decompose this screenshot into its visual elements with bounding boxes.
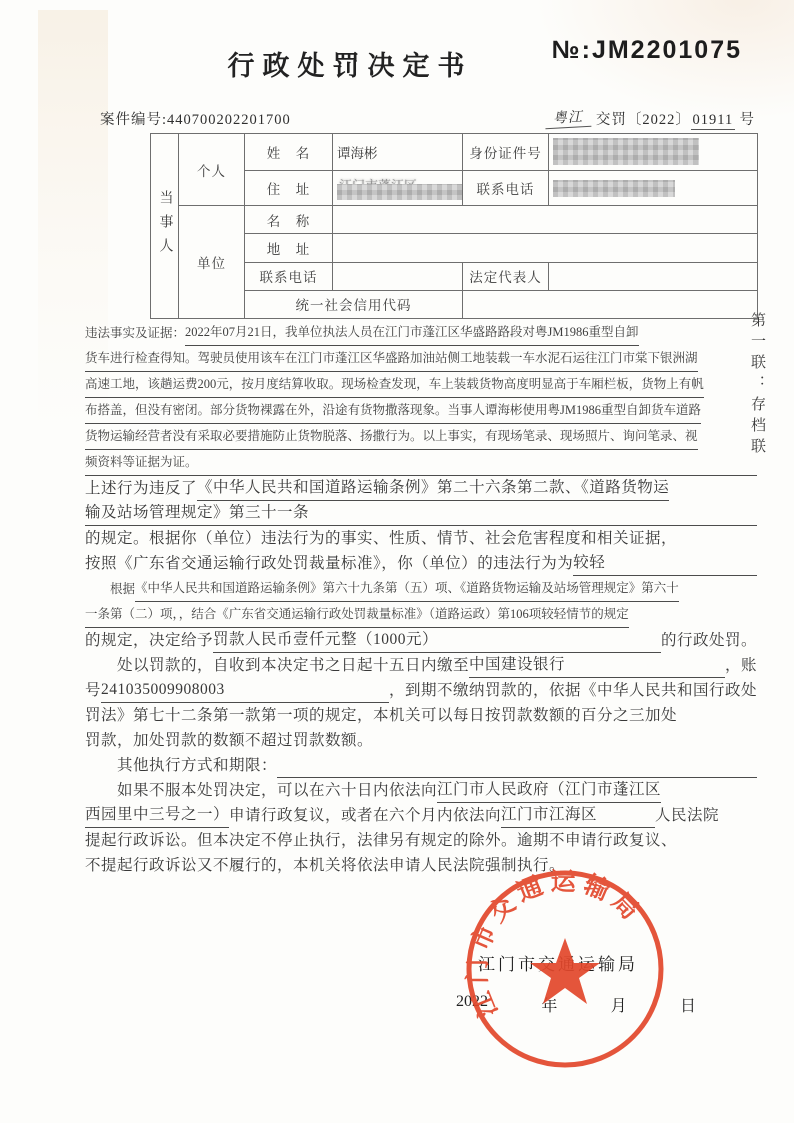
- reference-printed: 交罚〔2022〕: [596, 112, 691, 128]
- decision-paragraph: 的规定，决定给予罚款人民币壹仟元整（1000元）的行政处罚。: [85, 628, 757, 653]
- unit-phone-label: 联系电话: [245, 262, 333, 290]
- legal-rep-value: [549, 262, 758, 290]
- issuing-agency-name: 江门市交通运输局: [478, 950, 638, 975]
- table-row: 单位 名 称: [151, 206, 758, 234]
- other-execution-paragraph: 其他执行方式和期限：: [85, 753, 757, 778]
- filled-blank: 中国建设银行: [469, 652, 565, 678]
- body-line: 输及站场管理规定》第三十一条: [85, 501, 757, 526]
- form-text: 其他执行方式和期限：: [85, 753, 277, 778]
- form-text: ，账: [725, 653, 757, 678]
- id-number-label: 身份证件号: [463, 134, 549, 171]
- individual-label: 个人: [179, 134, 245, 206]
- form-text: 违法事实及证据：: [85, 320, 185, 346]
- body-line: 布搭盖，但没有密闭。部分货物裸露在外，沿途有货物撒落现象。当事人谭海彬使用粤JM…: [85, 398, 757, 424]
- copy-designation-label: 第一联：存档联: [747, 312, 768, 459]
- redacted-phone: [553, 180, 675, 197]
- legal-basis-paragraph: 根据《中华人民共和国道路运输条例》第六十九条第（五）项、《道路货物运输及站场管理…: [85, 576, 757, 628]
- scanned-document-page: №:JM2201075 行政处罚决定书 案件编号:440700202201700…: [0, 0, 794, 1123]
- document-body: 违法事实及证据：2022年07月21日，我单位执法人员在江门市蓬江区华盛路路段对…: [85, 320, 757, 878]
- filled-blank: 《中华人民共和国道路运输条例》第六十九条第（五）项、《道路货物运输及站场管理规定…: [135, 575, 679, 602]
- date-year-label: 年: [541, 993, 557, 1016]
- date-day-label: 日: [680, 993, 696, 1016]
- table-row: 当事人 个人 姓 名 谭海彬 身份证件号: [151, 134, 758, 171]
- filled-blank: 高速工地，该趟运费200元，按月度结算收取。现场检查发现，车上装载货物高度明显高…: [85, 371, 704, 398]
- body-line: 的规定。根据你（单位）违法行为的事实、性质、情节、社会危害程度和相关证据，: [85, 526, 757, 551]
- appeal-rights-paragraph: 如果不服本处罚决定，可以在六十日内依法向江门市人民政府（江门市蓬江区西园里中三号…: [85, 778, 757, 878]
- body-line: 上述行为违反了《中华人民共和国道路运输条例》第二十六条第二款、《道路货物运: [85, 476, 757, 501]
- body-line: 违法事实及证据：2022年07月21日，我单位执法人员在江门市蓬江区华盛路路段对…: [85, 320, 757, 346]
- credit-code-label: 统一社会信用代码: [245, 290, 463, 318]
- filled-blank: 频资料等证据为证。: [85, 449, 198, 476]
- body-line: 罚法》第七十二条第一款第一项的规定，本机关可以每日按罚款数额的百分之三加处: [85, 703, 757, 728]
- filled-blank: 货车进行检查得知。驾驶员使用该车在江门市蓬江区华盛路加油站侧工地装载一车水泥石运…: [85, 345, 698, 372]
- date-line: 2022 年 月 日: [456, 993, 696, 1016]
- form-text: 处以罚款的，自收到本决定书之日起十五日内缴至: [85, 653, 469, 678]
- case-number-line: 案件编号:440700202201700 粤江 交罚〔2022〕01911 号: [100, 108, 755, 130]
- form-text: 如果不服本处罚决定，可以在六十日内依法向: [85, 778, 437, 803]
- violation-paragraph: 上述行为违反了《中华人民共和国道路运输条例》第二十六条第二款、《道路货物运输及站…: [85, 476, 757, 576]
- unit-phone-value: [333, 262, 463, 290]
- case-number-label: 案件编号:: [100, 112, 167, 128]
- filled-blank: 241035009908003: [101, 677, 225, 703]
- body-line: 按照《广东省交通运输行政处罚裁量标准》，你（单位）的违法行为为较轻: [85, 551, 757, 576]
- form-text: 的规定，决定给予: [85, 628, 213, 653]
- party-info-table: 当事人 个人 姓 名 谭海彬 身份证件号 住 址 江门市蓬江区 联系电话 单位 …: [150, 133, 758, 319]
- form-text: 根据: [85, 576, 135, 602]
- filled-blank: 西园里中三号之一）: [85, 802, 229, 828]
- form-text: 上述行为违反了: [85, 476, 197, 501]
- name-value: 谭海彬: [333, 134, 463, 171]
- page-title: 行政处罚决定书: [0, 44, 700, 83]
- filled-blank: 2022年07月21日，我单位执法人员在江门市蓬江区华盛路路段对粤JM1986重…: [185, 319, 638, 346]
- body-line: 西园里中三号之一）申请行政复议，或者在六个月内依法向江门市江海区人民法院: [85, 803, 757, 828]
- reference-prefix-handwritten: 粤江: [545, 106, 592, 129]
- redacted-id-number: [553, 138, 699, 165]
- address-label: 住 址: [245, 170, 333, 206]
- legal-rep-label: 法定代表人: [463, 262, 549, 290]
- filled-blank: 《中华人民共和国道路运输条例》第二十六条第二款、《道路货物运: [197, 475, 669, 501]
- id-number-cell: [549, 134, 758, 171]
- body-line: 一条第（二）项，，结合《广东省交通运输行政处罚裁量标准》（道路运政）第106项较…: [85, 602, 757, 628]
- filled-blank: 一条第（二）项，，结合《广东省交通运输行政处罚裁量标准》（道路运政）第106项较…: [85, 601, 629, 628]
- body-line: 处以罚款的，自收到本决定书之日起十五日内缴至中国建设银行，账: [85, 653, 757, 678]
- body-line: 罚款，加处罚款的数额不超过罚款数额。: [85, 728, 757, 753]
- unit-address-label: 地 址: [245, 234, 333, 262]
- form-text: 申请行政复议，或者在六个月内依法向: [229, 803, 501, 828]
- body-line: 提起行政诉讼。但本决定不停止执行，法律另有规定的除外。逾期不申请行政复议、: [85, 828, 757, 853]
- body-line: 货物运输经营者没有采取必要措施防止货物脱落、扬撒行为。以上事实，有现场笔录、现场…: [85, 424, 757, 450]
- form-text: 人民法院: [655, 803, 719, 828]
- reference-suffix: 号: [740, 112, 756, 128]
- form-text: 的行政处罚。: [661, 628, 757, 653]
- unit-name-value: [333, 206, 758, 234]
- redacted-address: [337, 184, 463, 200]
- form-text: 号: [85, 678, 101, 703]
- filled-blank: 江门市江海区: [501, 802, 597, 828]
- reference-serial: 01911: [691, 112, 735, 130]
- filled-blank: 布搭盖，但没有密闭。部分货物裸露在外，沿途有货物撒落现象。当事人谭海彬使用粤JM…: [85, 397, 701, 424]
- body-line: 根据《中华人民共和国道路运输条例》第六十九条第（五）项、《道路货物运输及站场管理…: [85, 576, 757, 602]
- body-line: 如果不服本处罚决定，可以在六十日内依法向江门市人民政府（江门市蓬江区: [85, 778, 757, 803]
- body-line: 不提起行政诉讼又不履行的，本机关将依法申请人民法院强制执行。: [85, 853, 757, 878]
- form-text: 罚款，加处罚款的数额不超过罚款数额。: [85, 728, 373, 753]
- address-value: 江门市蓬江区: [337, 175, 458, 201]
- reference-number: 粤江 交罚〔2022〕01911 号: [545, 108, 755, 130]
- body-line: 号241035009908003，到期不缴纳罚款的，依据《中华人民共和国行政处: [85, 678, 757, 703]
- payment-paragraph: 处以罚款的，自收到本决定书之日起十五日内缴至中国建设银行，账号241035009…: [85, 653, 757, 753]
- credit-code-value: [463, 290, 758, 318]
- body-line: 货车进行检查得知。驾驶员使用该车在江门市蓬江区华盛路加油站侧工地装载一车水泥石运…: [85, 346, 757, 372]
- phone-label: 联系电话: [463, 170, 549, 206]
- case-number: 案件编号:440700202201700: [100, 108, 291, 129]
- facts-paragraph: 违法事实及证据：2022年07月21日，我单位执法人员在江门市蓬江区华盛路路段对…: [85, 320, 757, 476]
- form-text: 提起行政诉讼。但本决定不停止执行，法律另有规定的除外。逾期不申请行政复议、: [85, 828, 677, 853]
- filled-blank: 江门市人民政府（江门市蓬江区: [437, 777, 661, 803]
- filled-blank: 罚款人民币壹仟元整（1000元）: [213, 627, 438, 653]
- unit-label: 单位: [179, 206, 245, 319]
- address-cell: 江门市蓬江区: [333, 170, 463, 206]
- body-line: 其他执行方式和期限：: [85, 753, 757, 778]
- body-line: 高速工地，该趟运费200元，按月度结算收取。现场检查发现，车上装载货物高度明显高…: [85, 372, 757, 398]
- body-line: 频资料等证据为证。: [85, 450, 757, 476]
- party-group-label: 当事人: [151, 134, 179, 319]
- body-line: 的规定，决定给予罚款人民币壹仟元整（1000元）的行政处罚。: [85, 628, 757, 653]
- phone-cell: [549, 170, 758, 206]
- date-month-label: 月: [611, 993, 627, 1016]
- form-text: 不提起行政诉讼又不履行的，本机关将依法申请人民法院强制执行。: [85, 853, 565, 878]
- unit-address-value: [333, 234, 758, 262]
- form-text: ，到期不缴纳罚款的，依据《中华人民共和国行政处: [389, 678, 757, 703]
- form-text: 罚法》第七十二条第一款第一项的规定，本机关可以每日按罚款数额的百分之三加处: [85, 703, 677, 728]
- case-number-value: 440700202201700: [167, 112, 291, 128]
- filled-blank: 较轻: [573, 550, 605, 576]
- filled-blank: 输及站场管理规定》第三十一条: [85, 500, 309, 526]
- form-text: 的规定。根据你（单位）违法行为的事实、性质、情节、社会危害程度和相关证据，: [85, 526, 677, 551]
- date-year-value: 2022: [456, 993, 488, 1016]
- form-text: 按照《广东省交通运输行政处罚裁量标准》，你（单位）的违法行为为: [85, 551, 573, 576]
- filled-blank: 货物运输经营者没有采取必要措施防止货物脱落、扬撒行为。以上事实，有现场笔录、现场…: [85, 423, 698, 450]
- unit-name-label: 名 称: [245, 206, 333, 234]
- name-label: 姓 名: [245, 134, 333, 171]
